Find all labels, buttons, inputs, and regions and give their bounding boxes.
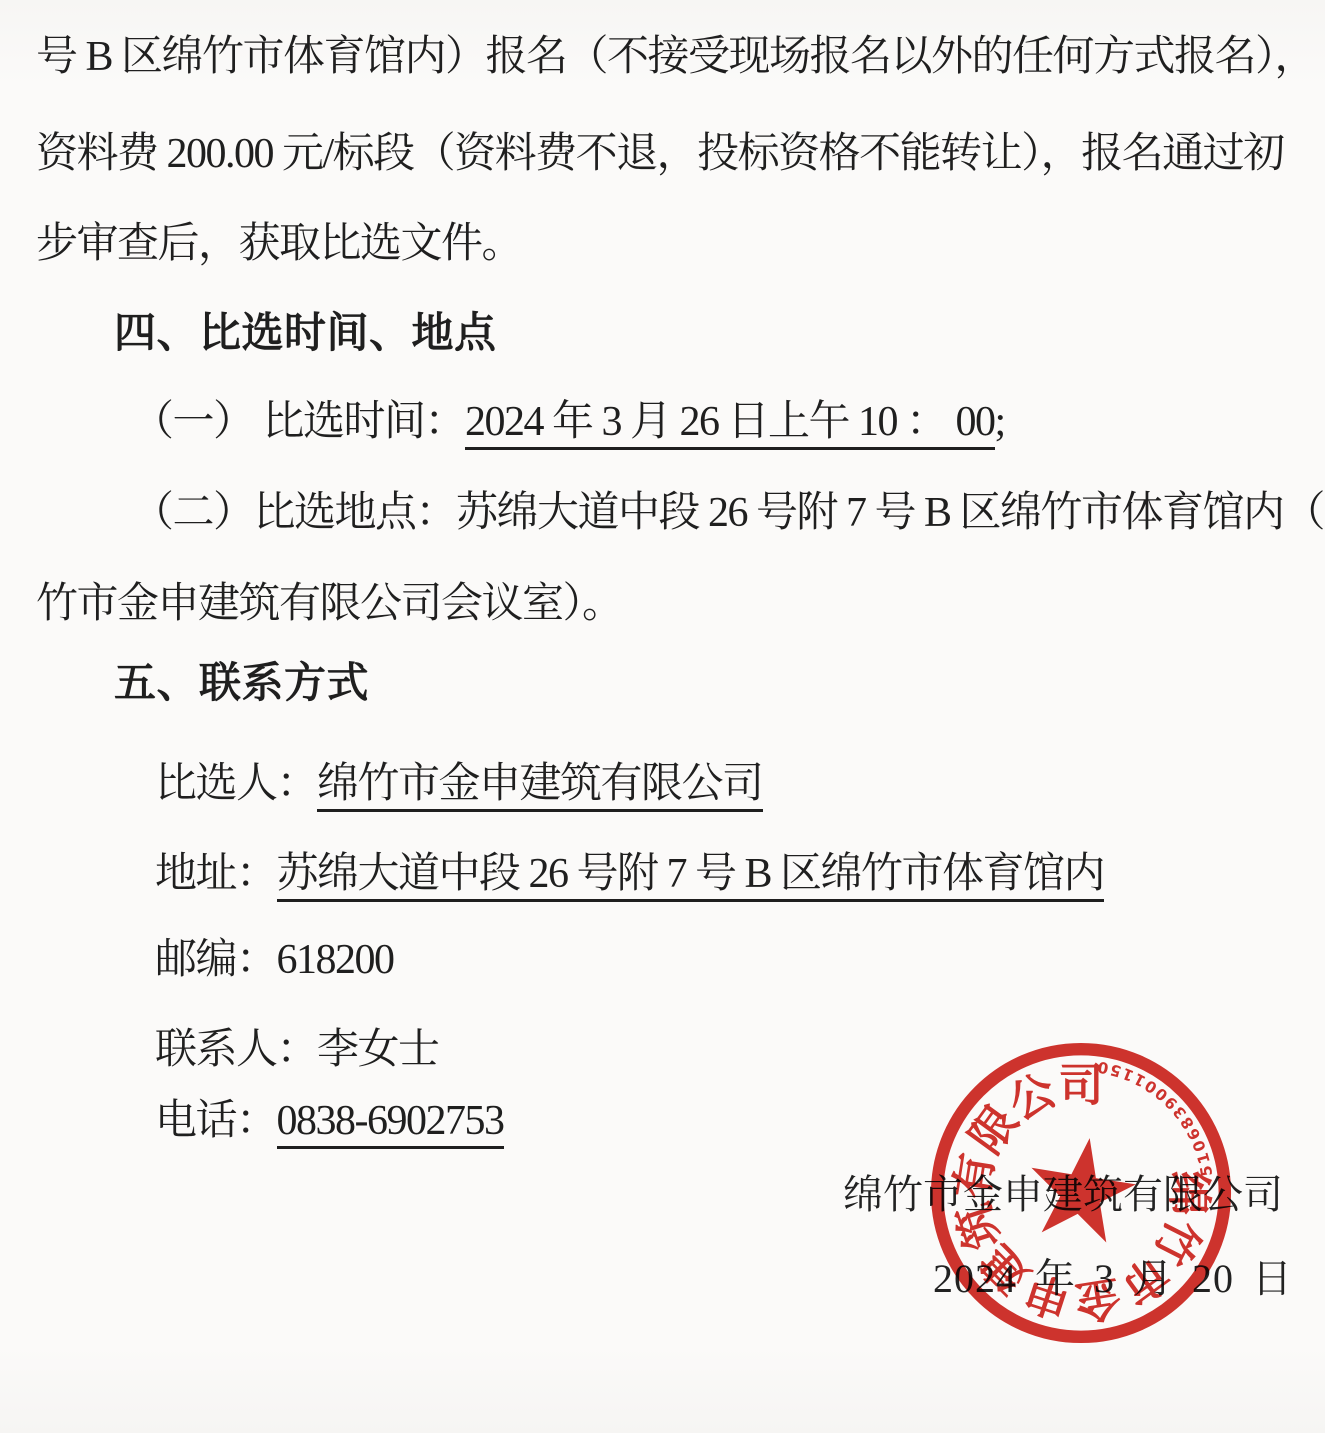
postcode-label: 邮编： [155, 937, 277, 983]
postcode-value: 618200 [277, 937, 394, 983]
phone-row: 电话：0838-6902753 [155, 1095, 504, 1147]
address-label: 地址： [155, 851, 277, 897]
selector-label: 比选人： [155, 761, 317, 807]
body-line-3: 步审查后，获取比选文件。 [36, 218, 522, 270]
contact-label: 联系人： [155, 1027, 317, 1073]
address-row: 地址：苏绵大道中段 26 号附 7 号 B 区绵竹市体育馆内 [155, 848, 1104, 900]
postcode-row: 邮编：618200 [155, 934, 394, 986]
selector-value: 绵竹市金申建筑有限公司 [317, 761, 763, 812]
section5-heading: 五、联系方式 [114, 658, 369, 710]
svg-text:5: 5 [1108, 1060, 1123, 1080]
place-line: （二）比选地点：苏绵大道中段 26 号附 7 号 B 区绵竹市体育馆内（绵 [132, 487, 1325, 539]
phone-value: 0838-6902753 [277, 1098, 504, 1149]
time-label: （一） 比选时间： [132, 399, 465, 445]
seal-star [1004, 1124, 1150, 1270]
svg-text:司: 司 [1058, 1061, 1103, 1111]
scanned-document-page: 号 B 区绵竹市体育馆内）报名（不接受现场报名以外的任何方式报名）， 资料费 2… [0, 0, 1325, 1433]
svg-text:5: 5 [1197, 1164, 1217, 1178]
contact-value: 李女士 [317, 1027, 439, 1073]
place-line-wrap: 竹市金申建筑有限公司会议室）。 [36, 578, 623, 630]
contact-row: 联系人：李女士 [155, 1024, 439, 1076]
company-seal: 绵竹市金申建筑有限公司 5106839001150 [918, 1030, 1244, 1356]
address-value: 苏绵大道中段 26 号附 7 号 B 区绵竹市体育馆内 [277, 851, 1105, 902]
seal-serial-number: 5106839001150 [1089, 1038, 1236, 1185]
body-line-1: 号 B 区绵竹市体育馆内）报名（不接受现场报名以外的任何方式报名）， [36, 31, 1315, 83]
selector-row: 比选人：绵竹市金申建筑有限公司 [155, 758, 763, 810]
time-line: （一） 比选时间：2024 年 3 月 26 日上午 10 ： 00; [132, 396, 1005, 448]
body-line-2: 资料费 200.00 元/标段（资料费不退，投标资格不能转让），报名通过初 [36, 128, 1284, 180]
svg-text:金: 金 [1072, 1271, 1124, 1327]
time-suffix: ; [995, 399, 1005, 445]
section4-heading: 四、比选时间、地点 [114, 308, 497, 360]
phone-label: 电话： [155, 1098, 277, 1144]
time-value: 2024 年 3 月 26 日上午 10 ： 00 [465, 399, 995, 450]
